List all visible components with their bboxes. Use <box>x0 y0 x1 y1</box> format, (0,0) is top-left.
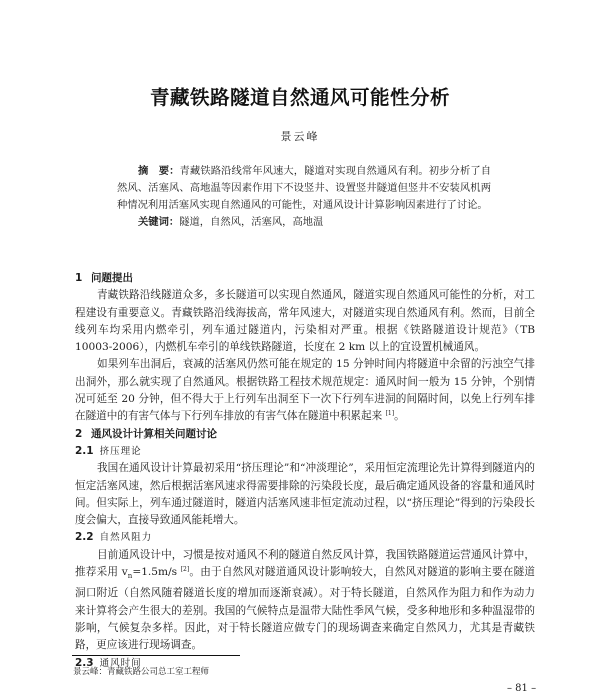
section-heading-1: 1问题提出 <box>75 270 535 287</box>
abstract-block: 摘 要：青藏铁路沿线常年风速大，隧道对实现自然通风有利。初步分析了自然风、活塞风… <box>117 163 491 231</box>
body-paragraph: 如果列车出洞后，衰减的活塞风仍然可能在规定的 15 分钟时间内将隧道中余留的污浊… <box>75 356 535 425</box>
subsection-title: 挤压理论 <box>100 446 142 457</box>
section-title: 问题提出 <box>91 272 133 284</box>
keywords-line: 关键词：隧道，自然风，活塞风，高地温 <box>117 214 491 231</box>
section-title: 通风设计计算相关问题讨论 <box>91 428 217 440</box>
subsection-heading-2-2: 2.2自然风阻力 <box>75 529 535 546</box>
subsection-heading-2-1: 2.1挤压理论 <box>75 443 535 460</box>
subsection-title: 自然风阻力 <box>100 532 153 543</box>
paper-title: 青藏铁路隧道自然通风可能性分析 <box>0 82 600 110</box>
citation-ref: [1] <box>386 410 395 417</box>
abstract-label: 摘 要： <box>138 165 180 177</box>
formula-value: =1.5m/s <box>132 566 177 578</box>
paragraph-text: 如果列车出洞后，衰减的活塞风仍然可能在规定的 15 分钟时间内将隧道中余留的污浊… <box>75 358 535 422</box>
citation-ref: [2] <box>181 566 190 573</box>
author-name: 景云峰 <box>0 128 600 144</box>
keywords-label: 关键词： <box>138 216 179 228</box>
paragraph-text: 。由于自然风对隧道通风设计影响较大，自然风对隧道的影响主要在隧道洞口附近（自然风… <box>75 566 535 651</box>
subsection-number: 2.2 <box>75 531 94 543</box>
body-paragraph: 我国在通风设计计算最初采用“挤压理论”和“冲淡理论”，采用恒定流理论先计算得到隧… <box>75 460 535 529</box>
paragraph-text: 。 <box>394 410 405 422</box>
section-number: 1 <box>75 270 91 287</box>
subsection-number: 2.1 <box>75 445 94 457</box>
section-number: 2 <box>75 426 91 443</box>
footnote-divider <box>72 655 240 656</box>
author-footnote: 景云峰：青藏铁路公司总工室工程师 <box>73 665 209 677</box>
body-paragraph: 青藏铁路沿线隧道众多，多长隧道可以实现自然通风，隧道实现自然通风可能性的分析，对… <box>75 287 535 356</box>
abstract-paragraph: 摘 要：青藏铁路沿线常年风速大，隧道对实现自然通风有利。初步分析了自然风、活塞风… <box>117 163 491 214</box>
body-text: 1问题提出 青藏铁路沿线隧道众多，多长隧道可以实现自然通风，隧道实现自然通风可能… <box>75 270 535 672</box>
page-number: – 81 – <box>507 683 536 694</box>
keywords-text: 隧道，自然风，活塞风，高地温 <box>179 216 323 228</box>
body-paragraph: 目前通风设计中，习惯是按对通风不利的隧道自然反风计算，我国铁路隧道运营通风计算中… <box>75 547 535 655</box>
section-heading-2: 2通风设计计算相关问题讨论 <box>75 426 535 443</box>
